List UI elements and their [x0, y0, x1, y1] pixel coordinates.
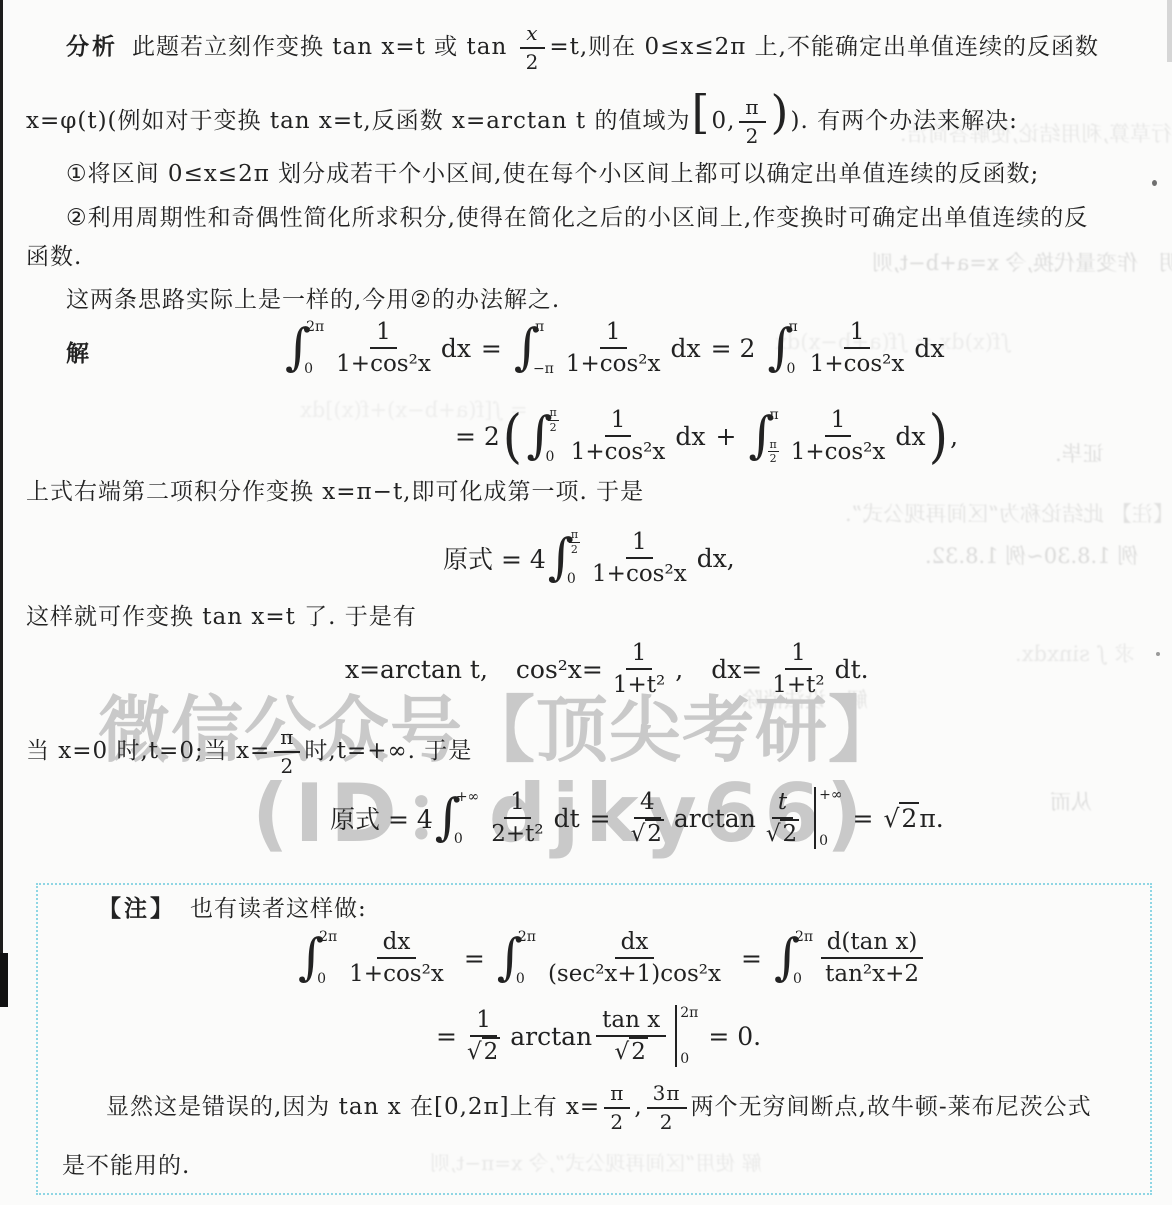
upper-limit: 2π — [306, 319, 324, 335]
fraction: π2 — [274, 726, 300, 778]
fraction: tan x√2 — [596, 1007, 666, 1066]
radicand: 2 — [780, 819, 799, 847]
frac-num: dx — [377, 929, 417, 959]
fraction: d(tan x)tan²x+2 — [819, 929, 925, 988]
analysis-text: 此题若立刻作变换 tan x=t 或 tan — [132, 34, 507, 60]
scanned-textbook-page: 【注】可先行草算,利用结论,使解答简洁. 证明 作变量代换,令 x=a+b−t,… — [0, 0, 1172, 1205]
result: π. — [919, 804, 943, 833]
frac-num: 4 — [634, 789, 661, 819]
lower-limit: 0 — [304, 361, 313, 377]
fraction: 11+cos²x — [565, 407, 672, 466]
plus: + — [716, 422, 737, 451]
frac-num: 1 — [600, 319, 627, 349]
equals: = — [436, 1022, 457, 1051]
lower-limit-fraction: π2 — [768, 439, 779, 465]
frac-num: 1 — [470, 1007, 497, 1037]
square-root: √2 — [631, 819, 664, 847]
differential: dx — [914, 334, 944, 363]
fraction: t√2 — [760, 789, 805, 848]
result: = 0. — [708, 1022, 761, 1051]
fraction: π2 — [739, 96, 765, 148]
frac-den: (sec²x+1)cos²x — [542, 959, 727, 987]
left-paren: ( — [503, 410, 522, 462]
frac-den: 1+cos²x — [560, 349, 667, 377]
lower-limit: 0 — [546, 449, 555, 465]
frac-den: 1+cos²x — [785, 437, 892, 465]
text: 显然这是错误的,因为 tan x 在[0,2π]上有 x= — [106, 1094, 600, 1120]
differential: dx — [895, 422, 925, 451]
scan-speck — [1152, 180, 1157, 186]
fraction: π2 — [604, 1082, 630, 1134]
frac-den: 1+cos²x — [330, 349, 437, 377]
text: 两个无穷间断点,故牛顿-莱布尼茨公式 — [691, 1094, 1092, 1120]
note-formula-2: = 1√2 arctan tan x√2 2π0 = 0. — [436, 1004, 771, 1068]
lower-limit: 0 — [819, 833, 842, 849]
frac-num: 1 — [626, 529, 653, 559]
frac-num: 1 — [825, 407, 852, 437]
bleedthrough-text: 从而 — [1050, 786, 1092, 816]
lower-limit: 0 — [454, 831, 463, 847]
fraction: 11+cos²x — [586, 529, 693, 588]
right-paren: ) — [771, 85, 790, 139]
frac-num: 1 — [370, 319, 397, 349]
integral: ∫2π0 — [497, 928, 536, 988]
frac-den: 2+t² — [485, 819, 549, 847]
identity: cos²x= — [516, 655, 603, 684]
bleedthrough-text: 证毕. — [1055, 438, 1104, 468]
analysis-item-2-cont: 函数. — [26, 243, 82, 273]
fraction: x2 — [520, 22, 546, 74]
comma: , — [634, 1094, 642, 1120]
frac-den: √2 — [760, 819, 805, 847]
solution-formula-1: ∫2π0 11+cos²x dx = ∫π−π 11+cos²x dx = 2 … — [283, 318, 944, 378]
frac-den: 2 — [274, 753, 300, 778]
integral: ∫2π0 — [774, 928, 813, 988]
substitution: x=arctan t, — [345, 655, 488, 684]
frac-den: tan²x+2 — [819, 959, 925, 987]
integral: ∫+∞0 — [435, 788, 479, 848]
frac-num: π — [768, 439, 779, 453]
fraction: 4√2 — [625, 789, 670, 848]
solution-formula-5: 原式 = 4 ∫+∞0 12+t² dt = 4√2 arctan t√2 +∞… — [330, 786, 944, 850]
radicand: 2 — [899, 802, 919, 833]
frac-den: 1+cos²x — [343, 959, 450, 987]
integral: ∫π0 — [767, 318, 797, 378]
fraction: 12+t² — [485, 789, 549, 848]
sqrt-sign: √ — [467, 1039, 482, 1065]
frac-num: dx — [615, 929, 655, 959]
integral: ∫π20 — [548, 528, 580, 588]
differential: dt — [554, 804, 580, 833]
square-root: √2 — [615, 1037, 648, 1065]
note-intro: 也有读者这样做: — [190, 896, 367, 922]
upper-limit: +∞ — [456, 789, 479, 805]
frac-den: 2 — [604, 1109, 630, 1134]
square-root: √2 — [467, 1037, 500, 1065]
upper-limit: 2π — [680, 1005, 698, 1021]
analysis-line-2: x=φ(t)(例如对于变换 tan x=t,反函数 x=arctan t 的值域… — [26, 92, 1018, 148]
fraction: dx(sec²x+1)cos²x — [542, 929, 727, 988]
upper-limit: π — [535, 319, 544, 335]
note-heading: 【注】也有读者这样做: — [98, 895, 367, 925]
evaluation-bar: +∞0 — [814, 786, 842, 850]
function-name: arctan — [510, 1022, 592, 1051]
bleedthrough-text: 【注】 此结论称为“区间再现公式”. — [845, 498, 1172, 528]
upper-limit: 2π — [795, 929, 813, 945]
text: 时,t=+∞. 于是 — [304, 738, 472, 764]
analysis-line-1: 分析此题若立刻作变换 tan x=t 或 tan x2=t,则在 0≤x≤2π … — [66, 22, 1099, 74]
integral: ∫2π0 — [298, 928, 337, 988]
frac-den: 2 — [654, 1109, 680, 1134]
fraction: 11+cos²x — [804, 319, 911, 378]
radicand: 2 — [645, 819, 664, 847]
fraction: 11+cos²x — [560, 319, 667, 378]
analysis-text: ). 有两个办法来解决: — [791, 108, 1018, 134]
upper-limit: π — [789, 319, 798, 335]
square-root: √2 — [766, 819, 799, 847]
frac-den: 2 — [740, 123, 766, 148]
integral: ∫π−π — [514, 318, 554, 378]
frac-num: π — [274, 726, 300, 753]
radicand: 2 — [482, 1037, 501, 1065]
frac-num: π — [548, 407, 559, 421]
lhs: 原式 = 4 — [330, 800, 433, 836]
equals: = 2 — [455, 422, 500, 451]
differential: dx — [441, 334, 471, 363]
frac-den: 2 — [520, 49, 546, 74]
bleedthrough-text: 证明 作变量代换,令 x=a+b−t,则 — [872, 247, 1172, 277]
frac-num: d(tan x) — [821, 929, 924, 959]
scan-edge-blob — [0, 953, 8, 1007]
frac-den: √2 — [461, 1037, 506, 1065]
identity: dx= — [711, 655, 762, 684]
fraction: 11+t² — [607, 640, 671, 699]
frac-den: 1+t² — [607, 670, 671, 698]
lower-limit: 0 — [567, 571, 576, 587]
radicand: 2 — [629, 1037, 648, 1065]
left-bracket: [ — [691, 85, 710, 139]
frac-den: 1+t² — [766, 670, 830, 698]
scan-edge-line — [0, 0, 3, 953]
equals: = — [590, 804, 611, 833]
frac-den: 1+cos²x — [586, 559, 693, 587]
frac-den: 2 — [770, 452, 777, 465]
frac-num: 3π — [647, 1082, 687, 1109]
evaluation-bar: 2π0 — [675, 1004, 698, 1068]
comma: , — [950, 422, 958, 451]
equals: = — [481, 334, 502, 363]
lower-limit: −π — [533, 361, 554, 377]
frac-num: tan x — [596, 1007, 666, 1037]
analysis-item-1: ①将区间 0≤x≤2π 划分成若干个小区间,使在每个小区间上都可以确定出单值连续… — [66, 160, 1039, 190]
scan-corner-strip — [1167, 0, 1172, 62]
equals: = — [464, 944, 485, 973]
frac-num: π — [604, 1082, 630, 1109]
equals: = — [853, 804, 874, 833]
analysis-text: 0, — [711, 108, 735, 134]
frac-num: 1 — [844, 319, 871, 349]
fraction: 3π2 — [647, 1082, 687, 1134]
solution-label: 解 — [66, 340, 106, 370]
right-paren: ) — [928, 410, 947, 462]
integral: ∫2π0 — [285, 318, 324, 378]
text: 当 x=0 时,t=0;当 x= — [26, 738, 270, 764]
bleedthrough-text: 求 ∫ sinxdx. — [1015, 638, 1135, 668]
lower-limit: 0 — [317, 971, 326, 987]
differential: dx — [675, 422, 705, 451]
frac-num: π — [569, 529, 580, 543]
frac-den: √2 — [625, 819, 670, 847]
integral: ∫π20 — [526, 406, 558, 466]
analysis-text: =t,则在 0≤x≤2π 上,不能确定出单值连续的反函数 — [549, 34, 1099, 60]
sqrt-sign: √ — [631, 821, 646, 847]
comma: , — [675, 655, 683, 684]
note-conclusion-1: 显然这是错误的,因为 tan x 在[0,2π]上有 x=π2,3π2两个无穷间… — [106, 1082, 1092, 1134]
frac-den: 1+cos²x — [804, 349, 911, 377]
solution-formula-2: = 2 ( ∫π20 11+cos²x dx + ∫ππ2 11+cos²x d… — [455, 406, 958, 466]
analysis-conclusion: 这两条思路实际上是一样的,今用②的办法解之. — [66, 286, 560, 316]
frac-den: 2 — [550, 421, 557, 434]
frac-num: π — [739, 96, 765, 123]
lower-limit: 0 — [793, 971, 802, 987]
upper-limit: 2π — [319, 929, 337, 945]
frac-den: √2 — [609, 1037, 654, 1065]
solution-text-2: 这样就可作变换 tan x=t 了. 于是有 — [26, 603, 417, 633]
upper-limit-fraction: π2 — [569, 529, 580, 555]
sqrt-sign: √ — [766, 821, 781, 847]
analysis-item-2: ②利用周期性和奇偶性简化所求积分,使得在简化之后的小区间上,作变换时可确定出单值… — [66, 204, 1088, 234]
frac-num: t — [772, 789, 793, 819]
lhs: 原式 = 4 — [443, 540, 546, 576]
note-conclusion-2: 是不能用的. — [62, 1152, 190, 1182]
upper-limit: π — [770, 407, 779, 423]
scan-speck — [1156, 652, 1160, 656]
note-label: 【注】 — [98, 896, 176, 922]
lower-limit: 0 — [787, 361, 796, 377]
note-formula-1: ∫2π0 dx1+cos²x = ∫2π0 dx(sec²x+1)cos²x =… — [296, 928, 929, 988]
solution-label-text: 解 — [66, 341, 92, 367]
frac-den: 1+cos²x — [565, 437, 672, 465]
lower-limit: 0 — [680, 1051, 698, 1067]
square-root: √2 — [883, 804, 919, 833]
frac-num: 1 — [504, 789, 531, 819]
fraction: 11+cos²x — [330, 319, 437, 378]
solution-formula-3: 原式 = 4 ∫π20 11+cos²x dx, — [443, 528, 735, 588]
frac-num: 1 — [626, 640, 653, 670]
integral: ∫ππ2 — [748, 406, 778, 466]
frac-num: 1 — [605, 407, 632, 437]
analysis-label: 分析 — [66, 34, 118, 60]
solution-formula-4: x=arctan t, cos²x= 11+t² , dx= 11+t² dt. — [345, 640, 869, 699]
fraction: dx1+cos²x — [343, 929, 450, 988]
equals: = 2 — [711, 334, 756, 363]
bleedthrough-text: 例 1.8.30~例 1.8.32. — [925, 540, 1138, 570]
differential: dx — [671, 334, 701, 363]
frac-num: x — [520, 22, 544, 49]
analysis-text: x=φ(t)(例如对于变换 tan x=t,反函数 x=arctan t 的值域… — [26, 108, 690, 134]
upper-limit: +∞ — [819, 787, 842, 803]
function-name: arctan — [674, 804, 756, 833]
upper-limit-fraction: π2 — [548, 407, 559, 433]
fraction: 11+cos²x — [785, 407, 892, 466]
fraction: 1√2 — [461, 1007, 506, 1066]
frac-num: 1 — [785, 640, 812, 670]
sqrt-sign: √ — [883, 804, 899, 833]
frac-den: 2 — [571, 543, 578, 556]
solution-text-1: 上式右端第二项积分作变换 x=π−t,即可化成第一项. 于是 — [26, 478, 644, 508]
differential: dt. — [835, 655, 869, 684]
upper-limit: 2π — [518, 929, 536, 945]
sqrt-sign: √ — [615, 1039, 630, 1065]
fraction: 11+t² — [766, 640, 830, 699]
solution-text-3: 当 x=0 时,t=0;当 x=π2时,t=+∞. 于是 — [26, 726, 472, 778]
equals: = — [741, 944, 762, 973]
differential: dx, — [697, 544, 735, 573]
lower-limit: 0 — [516, 971, 525, 987]
